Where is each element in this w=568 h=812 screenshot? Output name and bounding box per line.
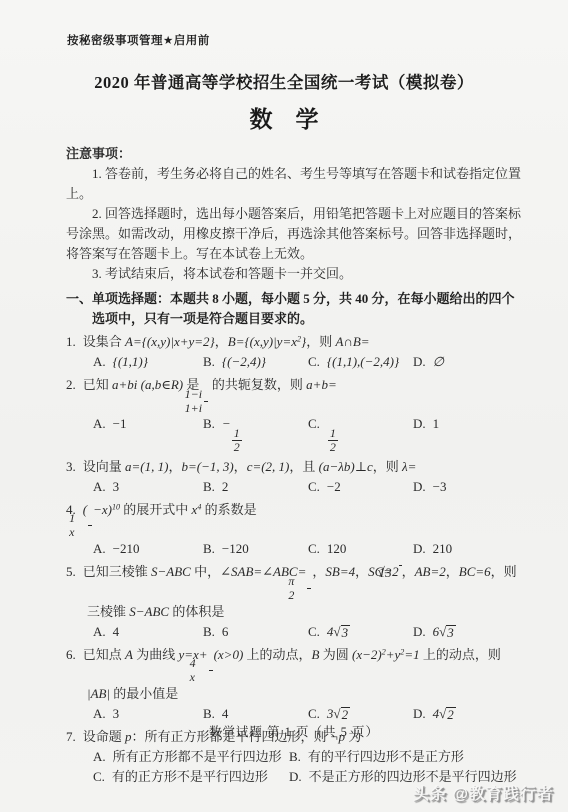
option-7a: A.所有正方形都不是平行四边形: [93, 747, 289, 767]
option-label: B.: [203, 706, 215, 721]
option-content: −210: [113, 541, 140, 556]
option-5c: C.4√3: [308, 622, 413, 642]
option-content: 所有正方形都不是平行四边形: [113, 749, 282, 764]
question-1-options: A.{(1,1)} B.{(−2,4)} C.{(1,1),(−2,4)} D.…: [66, 352, 522, 372]
notice-item-3: 3. 考试结束后，将本试卷和答题卡一并交回。: [66, 264, 522, 284]
option-content: {(1,1),(−2,4)}: [327, 354, 399, 369]
option-content: ∅: [433, 354, 444, 369]
question-7-options-row-1: A.所有正方形都不是平行四边形 B.有的平行四边形不是正方形: [66, 747, 522, 767]
option-content: 4: [222, 706, 229, 721]
question-number: 1.: [66, 334, 76, 349]
option-content: 2: [222, 479, 229, 494]
question-3-stem: 3.设向量 a=(1, 1)，b=(−1, 3)，c=(2, 1)，且 (a−λ…: [66, 457, 522, 477]
notice-item-2: 2. 回答选择题时，选出每小题答案后，用铅笔把答题卡上对应题目的答案标号涂黑。如…: [66, 204, 522, 264]
option-5b: B.6: [203, 622, 308, 642]
option-content: −2: [327, 479, 341, 494]
option-content: 有的平行四边形不是正方形: [308, 749, 464, 764]
question-5-stem: 5.已知三棱锥 S−ABC 中，∠SAB=∠ABC=π2，SB=4，SC=2√1…: [66, 562, 522, 621]
option-7c: C.有的正方形不是平行四边形: [93, 767, 289, 787]
question-text: 设向量 a=(1, 1)，b=(−1, 3)，c=(2, 1)，且 (a−λb)…: [83, 459, 417, 474]
option-content: 4: [113, 624, 120, 639]
question-text: 已知 a+bi (a,b∈R) 是 1−i1+i 的共轭复数，则 a+b=: [83, 377, 337, 392]
option-label: D.: [413, 624, 426, 639]
option-content: 3: [113, 479, 120, 494]
option-label: C.: [308, 706, 320, 721]
option-label: D.: [413, 479, 426, 494]
option-1c: C.{(1,1),(−2,4)}: [308, 352, 413, 372]
option-content: {(1,1)}: [113, 354, 148, 369]
option-3c: C.−2: [308, 477, 413, 497]
option-5d: D.6√3: [413, 622, 456, 642]
watermark: 头条 @教育践行者: [413, 781, 554, 804]
option-4d: D.210: [413, 539, 452, 559]
exam-paper-page: 按秘密级事项管理★启用前 2020 年普通高等学校招生全国统一考试（模拟卷） 数…: [0, 0, 568, 812]
option-label: D.: [413, 354, 426, 369]
option-1d: D.∅: [413, 352, 444, 372]
question-text: 设集合 A={(x,y)|x+y=2}，B={(x,y)|y=x2}，则 A∩B…: [83, 334, 370, 349]
question-text: 已知三棱锥 S−ABC 中，∠SAB=∠ABC=π2，SB=4，SC=2√13，…: [83, 564, 517, 618]
question-2: 2.已知 a+bi (a,b∈R) 是 1−i1+i 的共轭复数，则 a+b= …: [66, 375, 522, 454]
option-2d: D.1: [413, 414, 439, 453]
option-2c: C.12: [308, 414, 413, 453]
question-2-options: A.−1 B.−12 C.12 D.1: [66, 414, 522, 453]
option-content: 12: [327, 416, 339, 431]
option-label: C.: [308, 416, 320, 431]
option-content: {(−2,4)}: [222, 354, 266, 369]
option-label: C.: [308, 541, 320, 556]
subject-title: 数 学: [0, 101, 568, 134]
option-label: B.: [203, 354, 215, 369]
question-text: (1x−x)10 的展开式中 x4 的系数是: [83, 502, 257, 517]
question-3-options: A.3 B.2 C.−2 D.−3: [66, 477, 522, 497]
option-label: B.: [289, 749, 301, 764]
option-label: D.: [413, 706, 426, 721]
classification-banner: 按秘密级事项管理★启用前: [67, 32, 210, 48]
option-label: A.: [93, 706, 106, 721]
question-3: 3.设向量 a=(1, 1)，b=(−1, 3)，c=(2, 1)，且 (a−λ…: [66, 457, 522, 497]
option-label: A.: [93, 479, 106, 494]
question-1-stem: 1.设集合 A={(x,y)|x+y=2}，B={(x,y)|y=x2}，则 A…: [66, 332, 522, 352]
option-3b: B.2: [203, 477, 308, 497]
option-content: 有的正方形不是平行四边形: [112, 769, 268, 784]
notice-item-1: 1. 答卷前，考生务必将自己的姓名、考生号等填写在答题卡和试卷指定位置上。: [66, 164, 522, 204]
question-number: 2.: [66, 377, 76, 392]
option-4b: B.−120: [203, 539, 308, 559]
option-label: A.: [93, 541, 106, 556]
option-content: −120: [222, 541, 249, 556]
option-5a: A.4: [93, 622, 203, 642]
option-label: D.: [413, 416, 426, 431]
option-label: D.: [289, 769, 302, 784]
question-5: 5.已知三棱锥 S−ABC 中，∠SAB=∠ABC=π2，SB=4，SC=2√1…: [66, 562, 522, 641]
question-number: 6.: [66, 647, 76, 662]
option-label: B.: [203, 624, 215, 639]
option-3d: D.−3: [413, 477, 446, 497]
option-2b: B.−12: [203, 414, 308, 453]
section-title: 一、单项选择题：本题共 8 小题，每小题 5 分，共 40 分，在每小题给出的四…: [66, 289, 522, 329]
option-content: −3: [433, 479, 447, 494]
option-7b: B.有的平行四边形不是正方形: [289, 747, 464, 767]
option-label: B.: [203, 416, 215, 431]
question-number: 3.: [66, 459, 76, 474]
option-label: A.: [93, 749, 106, 764]
option-content: 6: [222, 624, 229, 639]
option-3a: A.3: [93, 477, 203, 497]
question-text: 已知点 A 为曲线 y=x+4x(x>0) 上的动点，B 为圆 (x−2)2+y…: [83, 647, 501, 701]
option-content: 3√2: [327, 706, 350, 721]
option-content: −1: [113, 416, 127, 431]
option-2a: A.−1: [93, 414, 203, 453]
question-4-options: A.−210 B.−120 C.120 D.210: [66, 539, 522, 559]
option-content: −12: [222, 416, 243, 431]
option-label: D.: [413, 541, 426, 556]
notice-heading: 注意事项：: [66, 144, 522, 164]
question-2-stem: 2.已知 a+bi (a,b∈R) 是 1−i1+i 的共轭复数，则 a+b=: [66, 375, 522, 414]
option-content: 1: [433, 416, 440, 431]
option-label: C.: [93, 769, 105, 784]
option-content: 210: [433, 541, 453, 556]
option-label: C.: [308, 354, 320, 369]
paper-body: 注意事项： 1. 答卷前，考生务必将自己的姓名、考生号等填写在答题卡和试卷指定位…: [66, 144, 522, 790]
option-content: 4√2: [433, 706, 456, 721]
option-label: B.: [203, 541, 215, 556]
question-6: 6.已知点 A 为曲线 y=x+4x(x>0) 上的动点，B 为圆 (x−2)2…: [66, 645, 522, 724]
option-4c: C.120: [308, 539, 413, 559]
question-4-stem: 4.(1x−x)10 的展开式中 x4 的系数是: [66, 500, 522, 539]
option-label: B.: [203, 479, 215, 494]
question-1: 1.设集合 A={(x,y)|x+y=2}，B={(x,y)|y=x2}，则 A…: [66, 332, 522, 372]
option-content: 4√3: [327, 624, 350, 639]
option-label: A.: [93, 624, 106, 639]
question-6-stem: 6.已知点 A 为曲线 y=x+4x(x>0) 上的动点，B 为圆 (x−2)2…: [66, 645, 522, 704]
option-content: 120: [327, 541, 347, 556]
option-label: C.: [308, 624, 320, 639]
option-4a: A.−210: [93, 539, 203, 559]
question-5-options: A.4 B.6 C.4√3 D.6√3: [66, 622, 522, 642]
page-footer: 数学试题 第 1 页（共 5 页）: [66, 722, 522, 740]
option-label: A.: [93, 354, 106, 369]
option-content: 3: [113, 706, 120, 721]
question-number: 5.: [66, 564, 76, 579]
option-content: 6√3: [433, 624, 456, 639]
option-1b: B.{(−2,4)}: [203, 352, 308, 372]
option-1a: A.{(1,1)}: [93, 352, 203, 372]
question-4: 4.(1x−x)10 的展开式中 x4 的系数是 A.−210 B.−120 C…: [66, 500, 522, 559]
exam-title: 2020 年普通高等学校招生全国统一考试（模拟卷）: [30, 69, 538, 93]
option-label: A.: [93, 416, 106, 431]
option-label: C.: [308, 479, 320, 494]
